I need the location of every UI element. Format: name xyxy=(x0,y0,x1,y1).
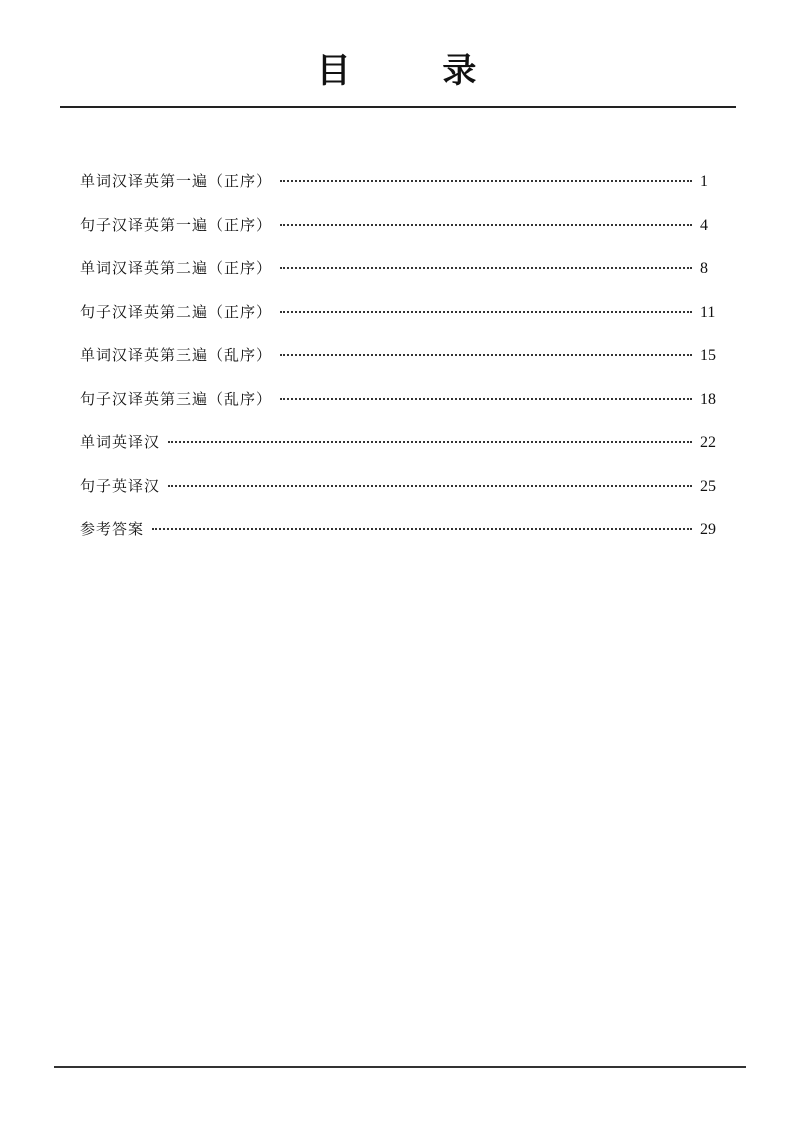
toc-entry[interactable]: 句子汉译英第二遍（正序） 11 xyxy=(80,301,718,345)
toc-entry-page: 1 xyxy=(700,173,718,191)
page-title: 目 录 xyxy=(0,48,793,94)
dot-leader xyxy=(280,224,692,226)
toc-entry[interactable]: 句子汉译英第一遍（正序） 4 xyxy=(80,214,718,258)
toc-entry-page: 15 xyxy=(700,347,718,365)
toc-entry-page: 4 xyxy=(700,217,718,235)
toc-entry[interactable]: 单词汉译英第二遍（正序） 8 xyxy=(80,257,718,301)
dot-leader xyxy=(152,528,692,530)
toc-entry[interactable]: 参考答案 29 xyxy=(80,518,718,562)
dot-leader xyxy=(168,441,692,443)
toc-entry-label: 单词英译汉 xyxy=(80,431,160,452)
toc-entry[interactable]: 句子英译汉 25 xyxy=(80,475,718,519)
toc-entry-label: 句子汉译英第三遍（乱序） xyxy=(80,388,272,409)
dot-leader xyxy=(280,311,692,313)
toc-entry[interactable]: 单词英译汉 22 xyxy=(80,431,718,475)
toc-entry-label: 参考答案 xyxy=(80,518,144,539)
toc-entry-page: 22 xyxy=(700,434,718,452)
toc-entry-page: 8 xyxy=(700,260,718,278)
table-of-contents: 单词汉译英第一遍（正序） 1 句子汉译英第一遍（正序） 4 单词汉译英第二遍（正… xyxy=(80,170,718,562)
toc-entry[interactable]: 单词汉译英第一遍（正序） 1 xyxy=(80,170,718,214)
dot-leader xyxy=(280,398,692,400)
header-divider xyxy=(60,106,736,108)
toc-entry[interactable]: 单词汉译英第三遍（乱序） 15 xyxy=(80,344,718,388)
dot-leader xyxy=(280,354,692,356)
toc-entry-page: 18 xyxy=(700,391,718,409)
toc-entry-label: 单词汉译英第一遍（正序） xyxy=(80,170,272,191)
toc-entry-label: 单词汉译英第三遍（乱序） xyxy=(80,344,272,365)
dot-leader xyxy=(280,267,692,269)
toc-entry-page: 29 xyxy=(700,521,718,539)
toc-entry-page: 25 xyxy=(700,478,718,496)
toc-entry-label: 句子英译汉 xyxy=(80,475,160,496)
dot-leader xyxy=(168,485,692,487)
toc-entry-label: 单词汉译英第二遍（正序） xyxy=(80,257,272,278)
toc-entry-label: 句子汉译英第二遍（正序） xyxy=(80,301,272,322)
dot-leader xyxy=(280,180,692,182)
toc-entry[interactable]: 句子汉译英第三遍（乱序） 18 xyxy=(80,388,718,432)
toc-entry-page: 11 xyxy=(700,304,718,322)
toc-entry-label: 句子汉译英第一遍（正序） xyxy=(80,214,272,235)
footer-divider xyxy=(54,1066,746,1068)
